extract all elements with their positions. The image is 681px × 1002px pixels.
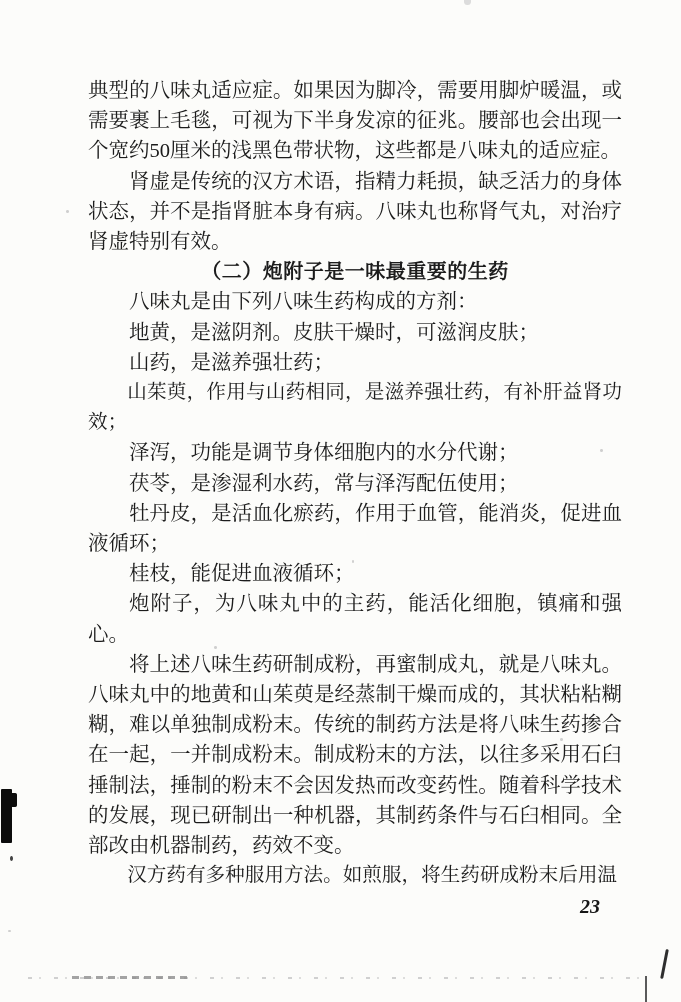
ink-speck <box>214 646 217 649</box>
ink-speck <box>8 930 11 932</box>
body-paragraph: 汉方药有多种服用方法。如煎服，将生药研成粉末后用温 <box>88 861 622 891</box>
body-paragraph: 炮附子，为八味丸中的主药，能活化细胞，镇痛和强心。 <box>88 589 622 649</box>
scanner-vertical-line <box>645 976 647 1002</box>
ink-blot-artifact <box>11 793 17 807</box>
body-paragraph: 山茱萸，作用与山药相同，是滋养强壮药，有补肝益肾功效； <box>88 378 622 438</box>
ink-speck <box>66 210 69 213</box>
body-paragraph: 泽泻，功能是调节身体细胞内的水分代谢； <box>88 438 622 468</box>
ink-speck <box>560 738 563 741</box>
scan-mark-artifact <box>464 0 471 5</box>
page-number: 23 <box>565 896 615 919</box>
body-paragraph: 地黄，是滋阴剂。皮肤干燥时，可滋润皮肤； <box>88 318 622 348</box>
body-paragraph: 牡丹皮，是活血化瘀药，作用于血管，能消炎，促进血液循环； <box>88 499 622 559</box>
body-paragraph: 八味丸是由下列八味生药构成的方剂： <box>88 287 622 317</box>
body-paragraph: 山药，是滋养强壮药； <box>88 348 622 378</box>
page-text-block: 典型的八味丸适应症。如果因为脚冷，需要用脚炉暖温，或需要裹上毛毯，可视为下半身发… <box>88 76 622 891</box>
section-heading: （二）炮附子是一味最重要的生药 <box>88 257 622 287</box>
body-paragraph: 典型的八味丸适应症。如果因为脚冷，需要用脚炉暖温，或需要裹上毛毯，可视为下半身发… <box>88 76 622 167</box>
scanned-book-page: 典型的八味丸适应症。如果因为脚冷，需要用脚炉暖温，或需要裹上毛毯，可视为下半身发… <box>0 0 681 1002</box>
pen-slash-mark <box>660 949 669 979</box>
ink-speck <box>92 207 95 211</box>
body-paragraph: 肾虚是传统的汉方术语，指精力耗损，缺乏活力的身体状态，并不是指肾脏本身有病。八味… <box>88 167 622 258</box>
body-paragraph: 茯苓，是渗湿利水药，常与泽泻配伍使用； <box>88 469 622 499</box>
ink-dot-artifact <box>10 856 13 861</box>
ink-speck <box>600 449 603 452</box>
scanner-dotted-line <box>72 976 187 979</box>
body-paragraph: 桂枝，能促进血液循环； <box>88 559 622 589</box>
ink-speck <box>352 560 354 563</box>
body-paragraph: 将上述八味生药研制成粉，再蜜制成丸，就是八味丸。八味丸中的地黄和山茱萸是经蒸制干… <box>88 650 622 861</box>
